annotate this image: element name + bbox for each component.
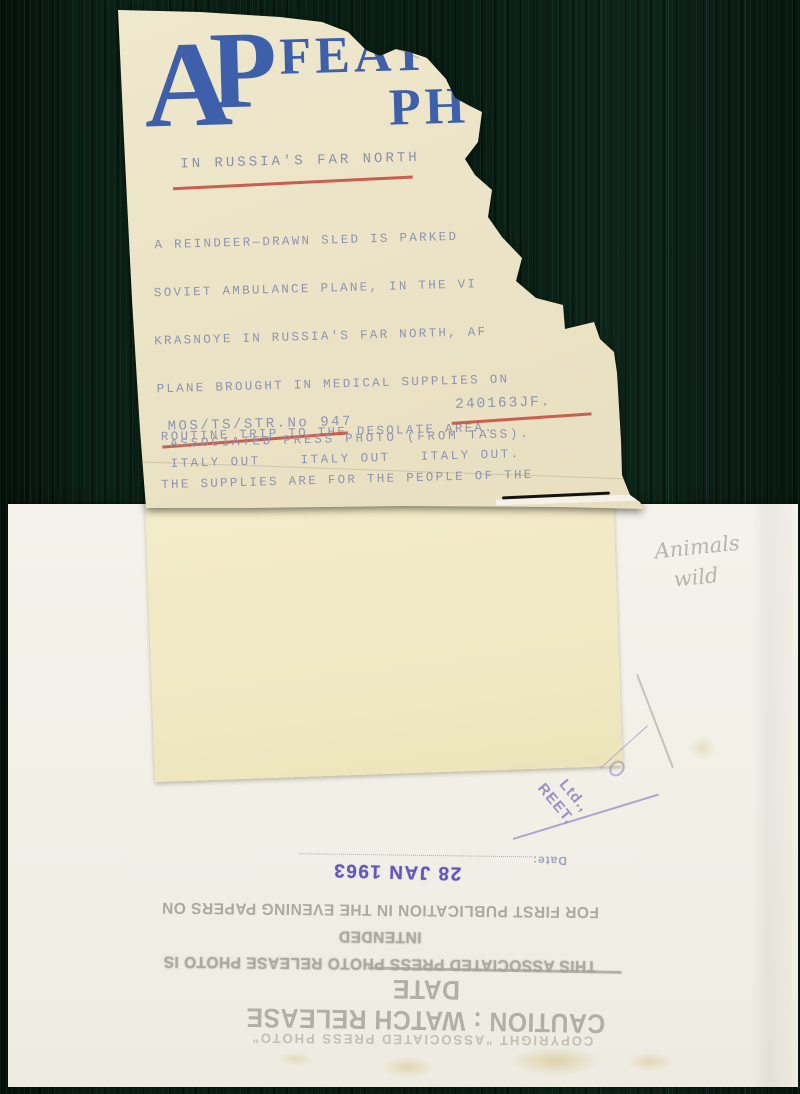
masthead-photos-text: PH (388, 76, 470, 137)
date-stamp: 28 JAN 1963 (326, 858, 469, 884)
note-sheet (145, 504, 622, 782)
caution-stamp-text: CAUTION : WATCH RELEASE DATE (225, 970, 627, 1039)
headline-underline (173, 176, 413, 190)
date-label: Date: (532, 853, 567, 867)
caution-stamp: CAUTION : WATCH RELEASE DATE (225, 965, 627, 1039)
caption-line: A REINDEER—DRAWN SLED IS PARKED (154, 226, 564, 253)
caption-line: SOVIET AMBULANCE PLANE, IN THE VI (154, 274, 566, 301)
stain (380, 1056, 435, 1078)
caption-line: KRASNOYE IN RUSSIA'S FAR NORTH, AF (154, 322, 567, 350)
stain (626, 1052, 674, 1072)
pencil-mark-line (637, 674, 674, 768)
paper-crease (752, 504, 792, 1087)
caption-slip-content: A P FEATU PH IN RUSSIA'S FAR NORTH A REI… (96, 0, 670, 515)
headline: IN RUSSIA'S FAR NORTH (180, 150, 420, 173)
caption-slip-paper: A P FEATU PH IN RUSSIA'S FAR NORTH A REI… (98, 0, 658, 512)
scanned-press-photo-verso: Animals wild Ltd., REET, Date: 28 JAN 19… (0, 0, 800, 1094)
caption-slip: A P FEATU PH IN RUSSIA'S FAR NORTH A REI… (98, 0, 658, 512)
stain (688, 736, 716, 760)
handwritten-note: Animals wild (653, 528, 744, 597)
negative-number: 240163JF. (455, 394, 552, 413)
ap-logo-letter-p: P (208, 14, 278, 126)
photo-back: Animals wild Ltd., REET, Date: 28 JAN 19… (8, 504, 798, 1087)
release-stamp-line: FOR FIRST PUBLICATION IN THE EVENING PAP… (128, 893, 633, 925)
stain (278, 1052, 312, 1066)
caption-line: PLANE BROUGHT IN MEDICAL SUPPLIES ON (156, 370, 568, 397)
stain (508, 1046, 603, 1076)
